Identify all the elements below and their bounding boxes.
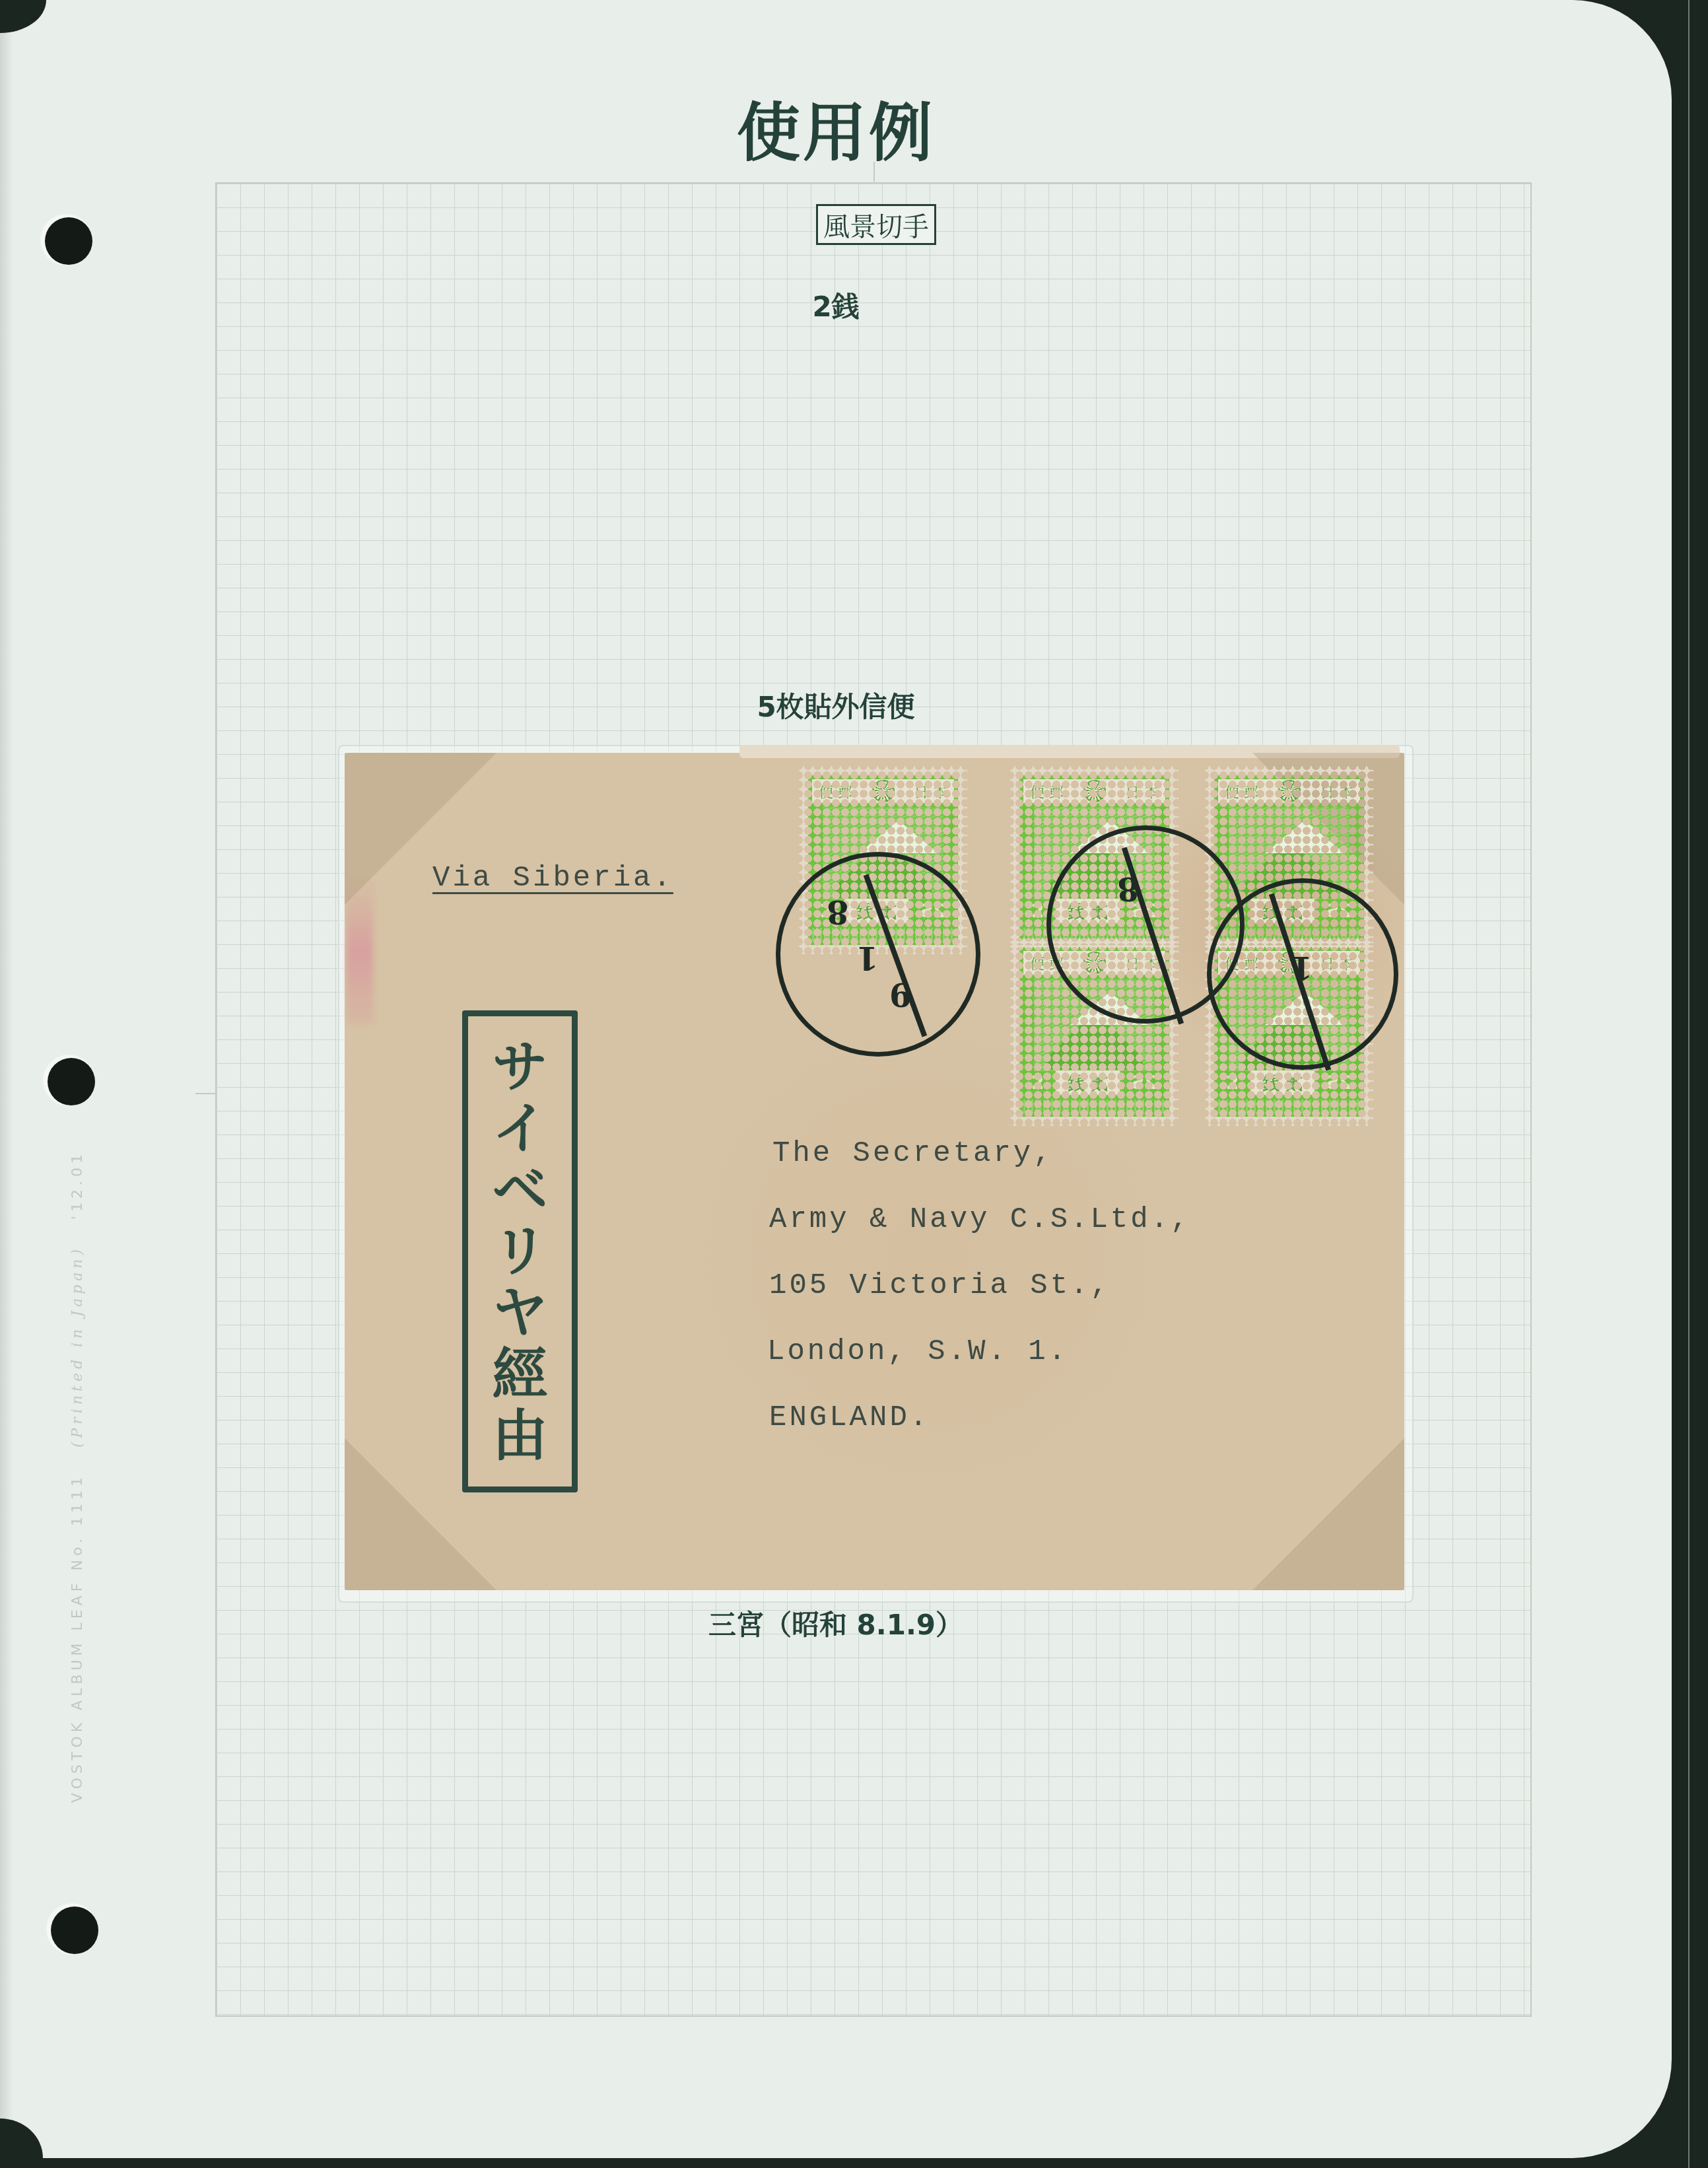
postmark-month: 1 <box>856 939 878 976</box>
album-imprint: VOSTOK ALBUM LEAF No. 1111 (Printed in J… <box>69 1150 86 1803</box>
address-line: London, S.W. 1. <box>767 1335 1068 1368</box>
stamp-value-kanji: 銭 貳 <box>1250 1070 1315 1095</box>
ink-stain <box>347 878 373 1024</box>
stamp-value-row: 2銭 貳2S <box>1023 1068 1165 1097</box>
postmark-month: 1 <box>1291 949 1313 986</box>
stamp-country-right: 日 本 <box>1320 781 1353 802</box>
category-label-text: 風景切手 <box>823 206 929 244</box>
denomination-heading: 2銭 <box>0 285 1672 325</box>
handstamp-char: リ <box>492 1224 547 1279</box>
page-title: 使用例 <box>0 83 1672 173</box>
via-siberia-handstamp: サ イ ベ リ ヤ 經 由 <box>462 1010 578 1492</box>
stamp-value-number: 2 <box>1031 900 1044 922</box>
handstamp-char: イ <box>492 1101 547 1156</box>
leaf-edge-shadow <box>0 26 13 2126</box>
handstamp-char: 經 <box>492 1346 547 1402</box>
punch-hole <box>48 1058 95 1105</box>
chrysanthemum-icon <box>872 780 895 802</box>
category-label: 風景切手 <box>816 204 936 245</box>
stamp-country-left: 便 郵 <box>1030 781 1064 802</box>
address-line: ENGLAND. <box>769 1401 930 1434</box>
stamp-value-number: 2 <box>1031 1072 1044 1094</box>
stamp-header: 便 郵日 本 <box>812 779 954 803</box>
stamp-value-kanji: 銭 貳 <box>1056 1070 1120 1095</box>
imprint-code: '12.01 <box>69 1150 86 1220</box>
chrysanthemum-icon <box>1278 780 1301 802</box>
postmark-cancel: 8 1 9 <box>776 852 980 1057</box>
postmark-day: 9 <box>889 975 911 1012</box>
handstamp-char: サ <box>492 1039 547 1095</box>
stamp-country-left: 便 郵 <box>819 781 852 802</box>
stamp-header: 便 郵日 本 <box>1218 779 1360 803</box>
stamp-value-number: 2 <box>1226 1072 1239 1094</box>
stamp-header: 便 郵日 本 <box>1023 779 1165 803</box>
stamp-country-right: 日 本 <box>1125 781 1159 802</box>
stamp-value-row: 2銭 貳2S <box>1218 1068 1360 1097</box>
route-instruction: Via Siberia. <box>432 862 673 895</box>
handstamp-char: ヤ <box>492 1285 547 1341</box>
handstamp-char: 由 <box>492 1408 547 1463</box>
imprint-printed: (Printed in Japan) <box>69 1245 86 1448</box>
postmark-year: 8 <box>827 893 848 930</box>
address-line: The Secretary, <box>772 1137 1054 1170</box>
punch-hole <box>51 1906 98 1954</box>
cover-caption: 三宮（昭和 8.1.9） <box>0 1603 1672 1643</box>
address-line: 105 Victoria St., <box>769 1269 1110 1302</box>
chrysanthemum-icon <box>1083 780 1106 802</box>
stamp-country-right: 日 本 <box>914 781 947 802</box>
stamp-value-sn: 2S <box>1131 1072 1157 1094</box>
stamp-value-sn: 2S <box>1326 1072 1352 1094</box>
address-line: Army & Navy C.S.Ltd., <box>769 1203 1191 1236</box>
usage-note: 5枚貼外信便 <box>0 685 1672 725</box>
postmark-cancel: 1 <box>1207 878 1398 1070</box>
binder-edge <box>1688 0 1690 2168</box>
center-tick <box>195 1093 215 1094</box>
handstamp-char: ベ <box>492 1162 547 1218</box>
stamp-country-left: 便 郵 <box>1225 781 1258 802</box>
punch-hole <box>45 217 92 265</box>
postmark-year: 8 <box>1117 870 1139 907</box>
